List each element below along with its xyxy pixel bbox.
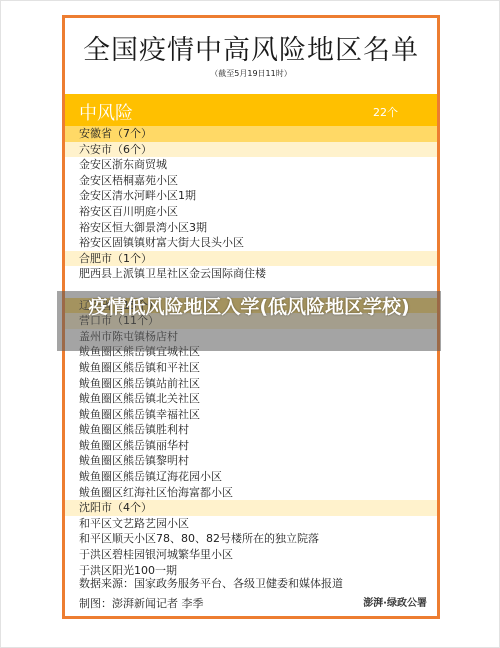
area-list: 安徽省（7个）六安市（6个）金安区浙东商贸城金安区梧桐嘉苑小区金安区清水河畔小区… — [65, 126, 437, 578]
article-headline[interactable]: 疫情低风险地区入学(低风险地区学校) — [57, 294, 441, 321]
area-row: 鲅鱼圈区熊岳镇幸福社区 — [65, 407, 437, 423]
area-row: 鲅鱼圈区熊岳镇黎明村 — [65, 453, 437, 469]
area-row: 鲅鱼圈区红海社区怡海富都小区 — [65, 485, 437, 501]
city-row: 六安市（6个） — [65, 142, 437, 158]
risk-level-label: 中风险 — [79, 99, 133, 125]
area-row: 鲅鱼圈区熊岳镇丽华村 — [65, 438, 437, 454]
area-row: 鲅鱼圈区熊岳镇辽海花园小区 — [65, 469, 437, 485]
timestamp-subtitle: （截至5月19日11时） — [65, 68, 437, 79]
area-row: 金安区清水河畔小区1期 — [65, 188, 437, 204]
area-row: 金安区梧桐嘉苑小区 — [65, 173, 437, 189]
area-row: 裕安区固镇镇财富大街大艮头小区 — [65, 235, 437, 251]
credit-text: 制图：澎湃新闻记者 李季 — [79, 597, 204, 610]
risk-count: 22个 — [373, 104, 398, 120]
city-row: 合肥市（1个） — [65, 251, 437, 267]
data-source: 数据来源：国家政务服务平台、各级卫健委和媒体报道 — [79, 574, 427, 594]
publisher-logo: 澎湃·绿政公署 — [363, 594, 427, 614]
page-title: 全国疫情中高风险地区名单 — [65, 28, 437, 67]
area-row: 肥西县上派镇卫星社区金云国际商住楼 — [65, 266, 437, 282]
city-row: 沈阳市（4个） — [65, 500, 437, 516]
area-row: 金安区浙东商贸城 — [65, 157, 437, 173]
medium-risk-header: 中风险 22个 — [65, 94, 437, 126]
area-row: 鲅鱼圈区熊岳镇站前社区 — [65, 376, 437, 392]
area-row: 鲅鱼圈区熊岳镇胜利村 — [65, 422, 437, 438]
area-row: 和平区顺天小区78、80、82号楼所在的独立院落 — [65, 531, 437, 547]
area-row: 鲅鱼圈区熊岳镇北关社区 — [65, 391, 437, 407]
area-row: 裕安区百川明庭小区 — [65, 204, 437, 220]
province-row: 安徽省（7个） — [65, 126, 437, 142]
area-row: 裕安区恒大御景湾小区3期 — [65, 220, 437, 236]
area-row: 鲅鱼圈区熊岳镇和平社区 — [65, 360, 437, 376]
area-row: 于洪区碧桂园银河城繁华里小区 — [65, 547, 437, 563]
credit-line: 制图：澎湃新闻记者 李季 澎湃·绿政公署 — [79, 594, 427, 614]
article-headline-overlay[interactable]: 疫情低风险地区入学(低风险地区学校) — [57, 291, 441, 351]
footer: 数据来源：国家政务服务平台、各级卫健委和媒体报道 制图：澎湃新闻记者 李季 澎湃… — [79, 574, 427, 614]
area-row: 和平区文艺路艺园小区 — [65, 516, 437, 532]
